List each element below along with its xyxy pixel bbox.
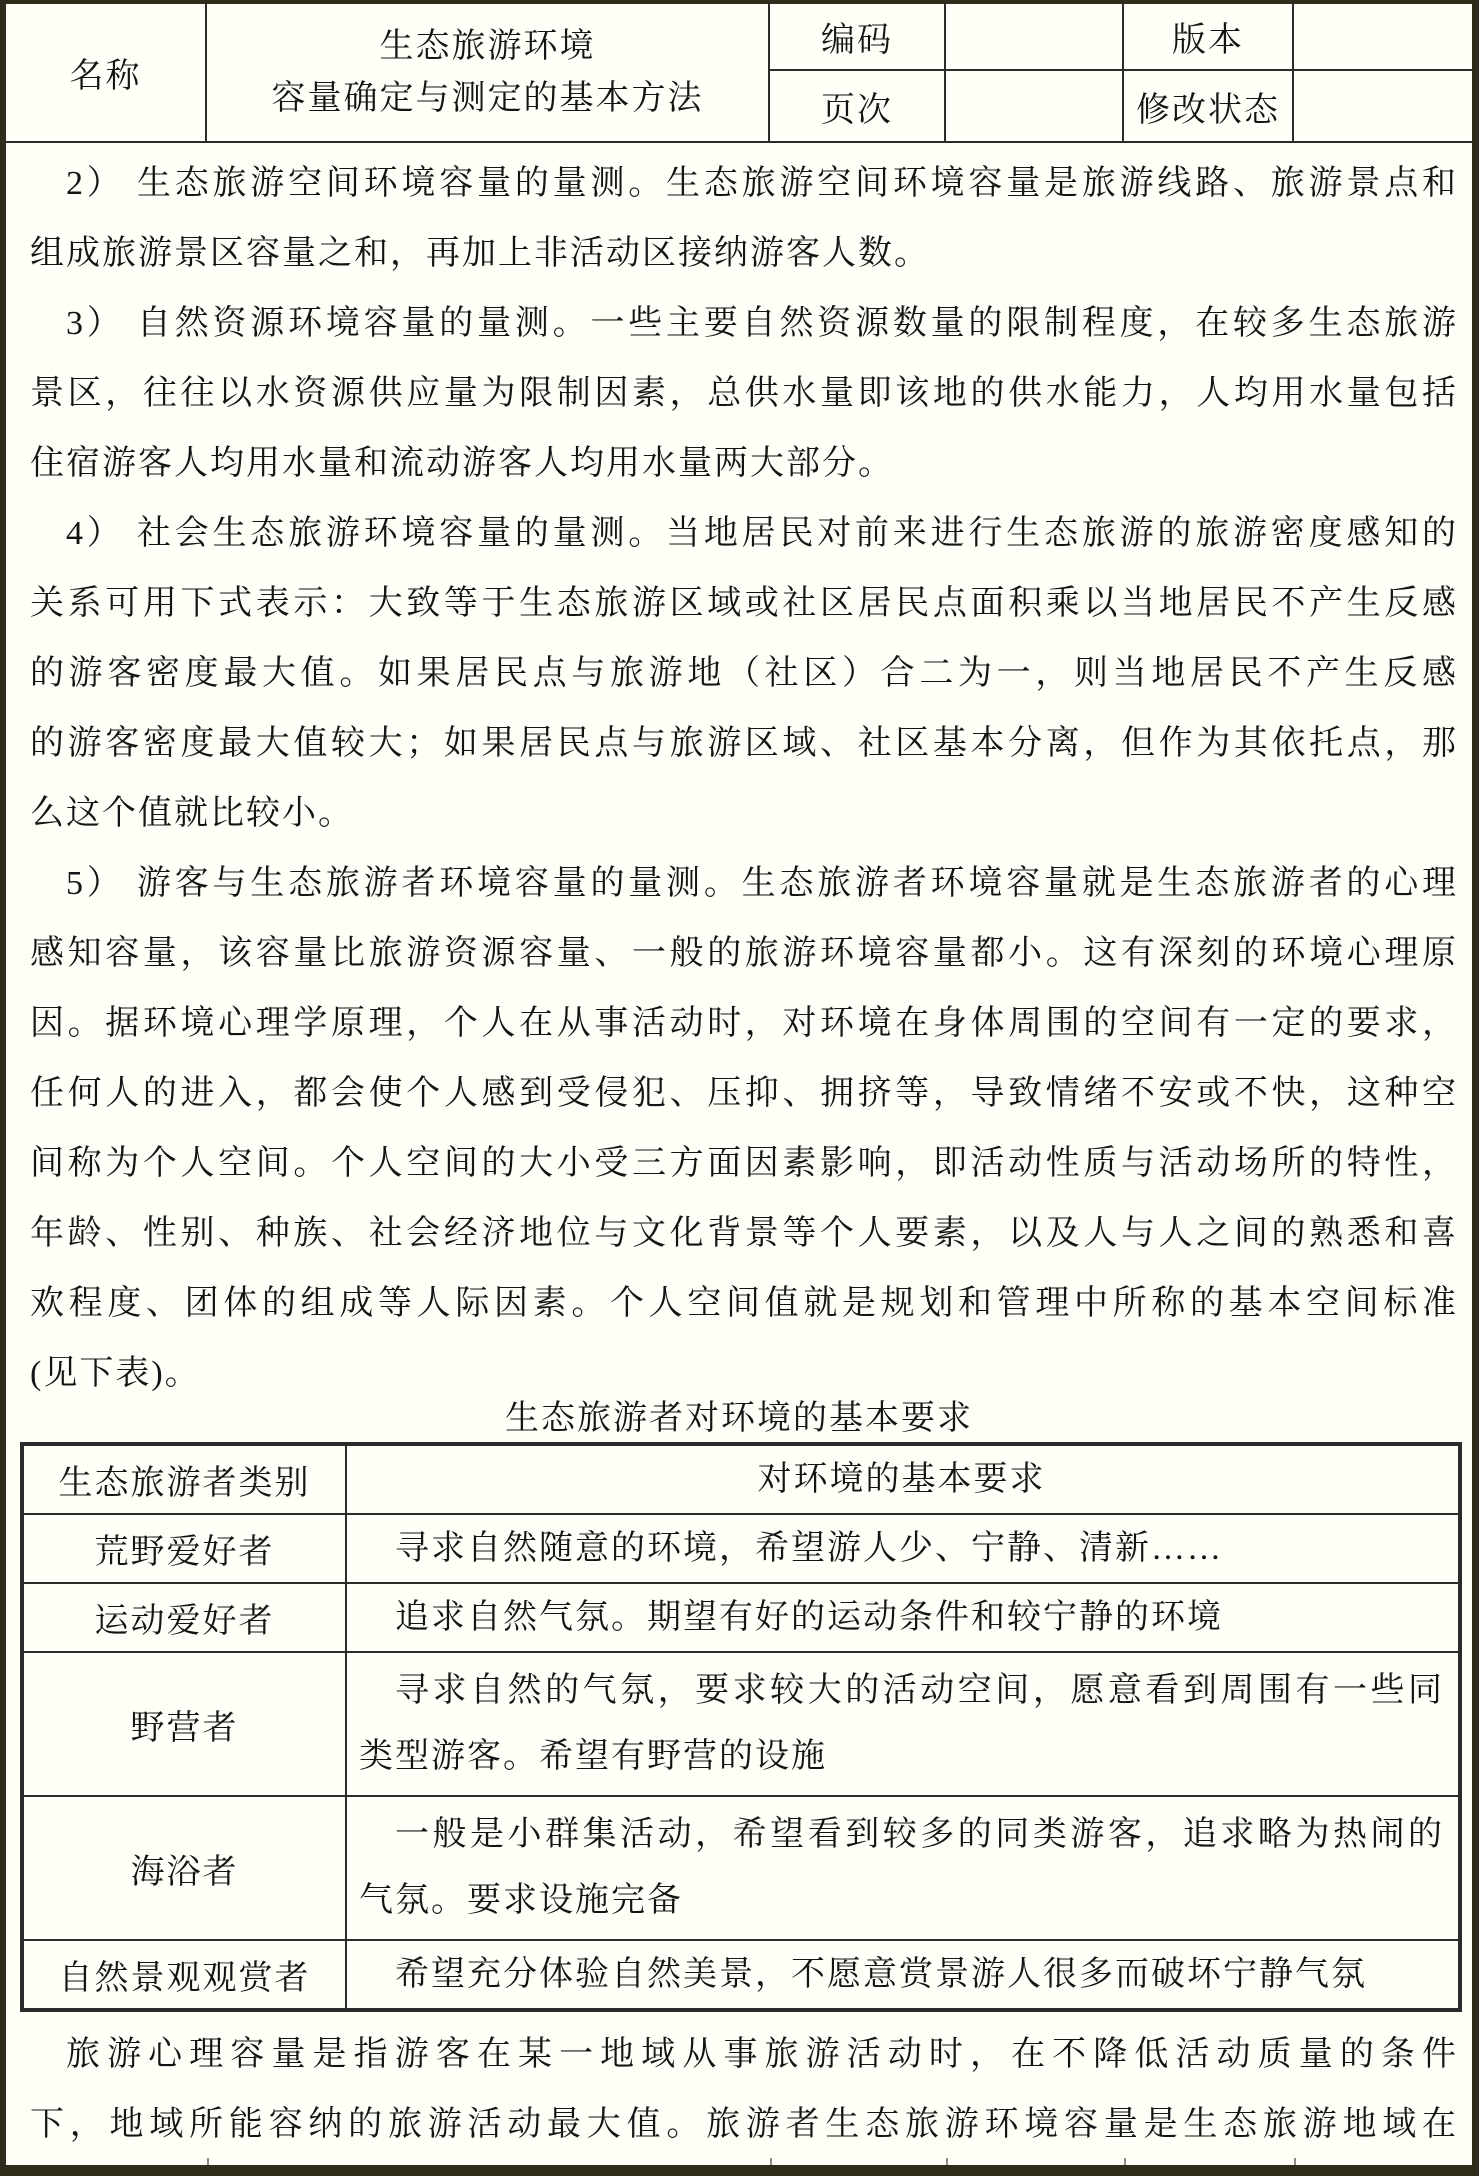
table-row: 野营者 寻求自然的气氛，要求较大的活动空间，愿意看到周围有一些同 类型游客。希望… [24, 1653, 1458, 1797]
text-line: 景区，往往以水资源供应量为限制因素，总供水量即该地的供水能力，人均用水量包括 [30, 359, 1458, 429]
requirement-cell: 希望充分体验自然美景，不愿意赏景游人很多而破坏宁静气氛 [347, 1941, 1458, 2008]
paragraph-5: 5） 游客与生态旅游者环境容量的量测。生态旅游者环境容量就是生态旅游者的心理 感… [30, 849, 1458, 1409]
version-value-cell [1294, 4, 1472, 71]
text-line: 因。据环境心理学原理，个人在从事活动时，对环境在身体周围的空间有一定的要求， [30, 989, 1458, 1059]
text-line: 住宿游客人均用水量和流动游客人均用水量两大部分。 [30, 429, 1458, 499]
text-line: 寻求自然的气氛，要求较大的活动空间，愿意看到周围有一些同 [359, 1658, 1444, 1724]
page-number-label: 页次 [821, 82, 893, 131]
version-label-cell: 版本 [1124, 4, 1294, 71]
text-line: 的游客密度最大值较大；如果居民点与旅游区域、社区基本分离，但作为其依托点，那 [30, 709, 1458, 779]
requirement-cell: 寻求自然随意的环境，希望游人少、宁静、清新…… [347, 1515, 1458, 1582]
category-cell: 野营者 [24, 1653, 347, 1795]
text-line: 年龄、性别、种族、社会经济地位与文化背景等个人要素，以及人与人之间的熟悉和喜 [30, 1199, 1458, 1269]
table-row: 荒野爱好者 寻求自然随意的环境，希望游人少、宁静、清新…… [24, 1515, 1458, 1584]
text-line: 2） 生态旅游空间环境容量的量测。生态旅游空间环境容量是旅游线路、旅游景点和 [30, 149, 1458, 219]
text-line: 关系可用下式表示：大致等于生态旅游区域或社区居民点面积乘以当地居民不产生反感 [30, 569, 1458, 639]
text-line: 欢程度、团体的组成等人际因素。个人空间值就是规划和管理中所称的基本空间标准 [30, 1269, 1458, 1339]
text-line: 5） 游客与生态旅游者环境容量的量测。生态旅游者环境容量就是生态旅游者的心理 [30, 849, 1458, 919]
table-row: 海浴者 一般是小群集活动，希望看到较多的同类游客，追求略为热闹的 气氛。要求设施… [24, 1797, 1458, 1941]
text-line: 希望充分体验自然美景，不愿意赏景游人很多而破坏宁静气氛 [359, 1942, 1444, 2008]
next-table-column-stub [1294, 2158, 1296, 2165]
text-line: 下，地域所能容纳的旅游活动最大值。旅游者生态旅游环境容量是生态旅游地域在 [30, 2090, 1458, 2160]
doc-title-line2: 容量确定与测定的基本方法 [272, 73, 704, 125]
text-line: 么这个值就比较小。 [30, 779, 1458, 849]
text-line: 追求自然气氛。期望有好的运动条件和较宁静的环境 [359, 1585, 1444, 1651]
text-line: 一般是小群集活动，希望看到较多的同类游客，追求略为热闹的 [359, 1802, 1444, 1868]
code-value-cell [946, 4, 1124, 71]
revision-status-label: 修改状态 [1136, 82, 1280, 131]
text-line: 感知容量，该容量比旅游资源容量、一般的旅游环境容量都小。这有深刻的环境心理原 [30, 919, 1458, 989]
category-cell: 运动爱好者 [24, 1584, 347, 1651]
text-line: 的游客密度最大值。如果居民点与旅游地（社区）合二为一，则当地居民不产生反感 [30, 639, 1458, 709]
category-cell: 海浴者 [24, 1797, 347, 1939]
page-number-label-cell: 页次 [770, 71, 946, 141]
doc-name-label-cell: 名称 [6, 4, 207, 141]
text-line: 组成旅游景区容量之和，再加上非活动区接纳游客人数。 [30, 219, 1458, 289]
document-page: 名称 生态旅游环境 容量确定与测定的基本方法 编码 版本 页次 修改状态 [0, 0, 1479, 2176]
text-line: 类型游客。希望有野营的设施 [359, 1724, 1444, 1790]
text-line: 气氛。要求设施完备 [359, 1868, 1444, 1934]
paragraph-4: 4） 社会生态旅游环境容量的量测。当地居民对前来进行生态旅游的旅游密度感知的 关… [30, 499, 1458, 849]
code-label: 编码 [821, 12, 893, 61]
doc-control-header-table: 名称 生态旅游环境 容量确定与测定的基本方法 编码 版本 页次 修改状态 [6, 4, 1472, 143]
body-text: 2） 生态旅游空间环境容量的量测。生态旅游空间环境容量是旅游线路、旅游景点和 组… [30, 149, 1458, 1409]
code-label-cell: 编码 [770, 4, 946, 71]
next-table-column-stub [946, 2158, 948, 2165]
table-row: 运动爱好者 追求自然气氛。期望有好的运动条件和较宁静的环境 [24, 1584, 1458, 1653]
requirement-cell: 追求自然气氛。期望有好的运动条件和较宁静的环境 [347, 1584, 1458, 1651]
requirement-cell: 寻求自然的气氛，要求较大的活动空间，愿意看到周围有一些同 类型游客。希望有野营的… [347, 1653, 1458, 1795]
next-table-column-stub [1124, 2158, 1126, 2165]
text-line: 间称为个人空间。个人空间的大小受三方面因素影响，即活动性质与活动场所的特性， [30, 1129, 1458, 1199]
category-column-header: 生态旅游者类别 [24, 1446, 347, 1513]
table-header-row: 生态旅游者类别 对环境的基本要求 [24, 1446, 1458, 1515]
text-line: 寻求自然随意的环境，希望游人少、宁静、清新…… [359, 1516, 1444, 1582]
paragraph-2: 2） 生态旅游空间环境容量的量测。生态旅游空间环境容量是旅游线路、旅游景点和 组… [30, 149, 1458, 289]
page-number-value-cell [946, 71, 1124, 141]
text-line: 任何人的进入，都会使个人感到受侵犯、压抑、拥挤等，导致情绪不安或不快，这种空 [30, 1059, 1458, 1129]
category-cell: 自然景观观赏者 [24, 1941, 347, 2008]
next-table-column-stub [770, 2158, 772, 2165]
version-label: 版本 [1172, 12, 1244, 61]
paragraph-3: 3） 自然资源环境容量的量测。一些主要自然资源数量的限制程度，在较多生态旅游 景… [30, 289, 1458, 499]
text-line: 旅游心理容量是指游客在某一地域从事旅游活动时，在不降低活动质量的条件 [30, 2020, 1458, 2090]
doc-title-cell: 生态旅游环境 容量确定与测定的基本方法 [207, 4, 770, 141]
table-row: 自然景观观赏者 希望充分体验自然美景，不愿意赏景游人很多而破坏宁静气氛 [24, 1941, 1458, 2008]
text-line: 3） 自然资源环境容量的量测。一些主要自然资源数量的限制程度，在较多生态旅游 [30, 289, 1458, 359]
next-table-column-stub [207, 2158, 209, 2165]
revision-status-label-cell: 修改状态 [1124, 71, 1294, 141]
requirement-column-header: 对环境的基本要求 [347, 1446, 1458, 1513]
text-line: 4） 社会生态旅游环境容量的量测。当地居民对前来进行生态旅游的旅游密度感知的 [30, 499, 1458, 569]
requirement-cell: 一般是小群集活动，希望看到较多的同类游客，追求略为热闹的 气氛。要求设施完备 [347, 1797, 1458, 1939]
category-cell: 荒野爱好者 [24, 1515, 347, 1582]
header-text: 对环境的基本要求 [758, 1447, 1046, 1513]
ecotourist-requirements-table: 生态旅游者类别 对环境的基本要求 荒野爱好者 寻求自然随意的环境，希望游人少、宁… [20, 1442, 1462, 2012]
doc-title-line1: 生态旅游环境 [380, 21, 596, 73]
closing-paragraph: 旅游心理容量是指游客在某一地域从事旅游活动时，在不降低活动质量的条件 下，地域所… [30, 2020, 1458, 2160]
table-caption: 生态旅游者对环境的基本要求 [6, 1397, 1472, 1441]
doc-name-label: 名称 [70, 48, 142, 97]
revision-status-value-cell [1294, 71, 1472, 141]
